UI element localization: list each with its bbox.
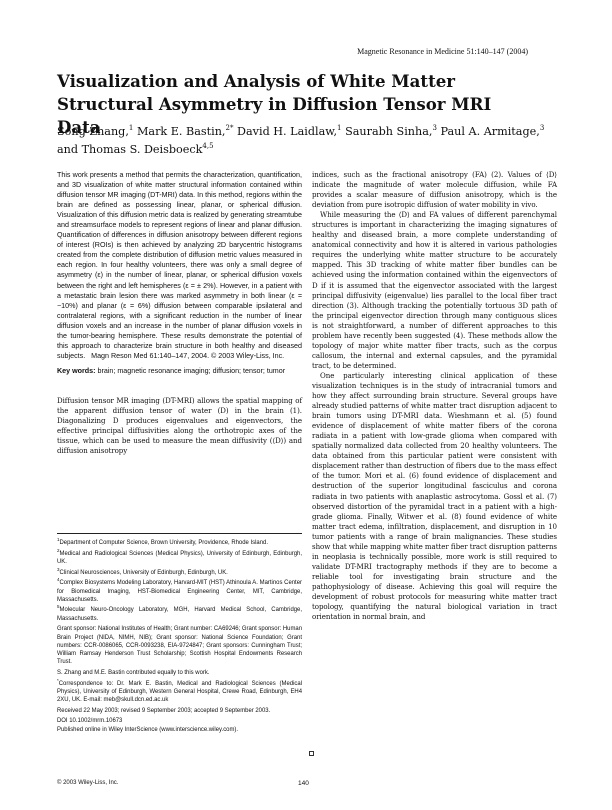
abstract-copyright: © 2003 Wiley-Liss, Inc. — [211, 352, 284, 360]
author-list: Song Zhang,1 Mark E. Bastin,2* David H. … — [57, 123, 557, 159]
footnote-affiliation: 3Clinical Neurosciences, University of E… — [57, 569, 302, 577]
footnote-dates: Received 22 May 2003; revised 9 Septembe… — [57, 707, 302, 715]
abstract-citation: Magn Reson Med 61:140–147, 2004. — [91, 352, 209, 360]
footnote-affiliation: 2Medical and Radiological Sciences (Medi… — [57, 550, 302, 566]
body-paragraph: Diffusion tensor MR imaging (DT-MRI) all… — [57, 396, 302, 456]
footnotes: 1Department of Computer Science, Brown U… — [57, 533, 302, 736]
author: Saurabh Sinha,3 — [345, 125, 437, 138]
running-head: Magnetic Resonance in Medicine 51:140–14… — [357, 47, 528, 56]
end-of-page-mark — [309, 751, 314, 756]
footnote-grants: Grant sponsor: National Institutes of He… — [57, 625, 302, 666]
footnote-correspondence: *Correspondence to: Dr. Mark E. Bastin, … — [57, 680, 302, 705]
footnote-doi: DOI 10.1002/mrm.10673 — [57, 717, 302, 725]
author: and Thomas S. Deisboeck4,5 — [57, 143, 214, 156]
author: David H. Laidlaw,1 — [237, 125, 341, 138]
abstract: This work presents a method that permits… — [57, 170, 302, 361]
body-paragraph: While measuring the ⟨D⟩ and FA values of… — [312, 210, 557, 371]
footnote-equal-contribution: S. Zhang and M.E. Bastin contributed equ… — [57, 669, 302, 677]
page-number: 140 — [298, 780, 309, 787]
left-column: This work presents a method that permits… — [57, 170, 302, 456]
journal-page: Magnetic Resonance in Medicine 51:140–14… — [0, 0, 612, 810]
footnote-published-online: Published online in Wiley InterScience (… — [57, 726, 302, 734]
author: Song Zhang,1 — [57, 125, 133, 138]
abstract-text: This work presents a method that permits… — [57, 171, 302, 360]
author: Paul A. Armitage,3 — [440, 125, 544, 138]
body-paragraph: indices, such as the fractional anisotro… — [312, 170, 557, 210]
footnote-affiliation: 1Department of Computer Science, Brown U… — [57, 539, 302, 547]
right-column: indices, such as the fractional anisotro… — [312, 170, 557, 622]
keywords: Key words: brain; magnetic resonance ima… — [57, 366, 302, 376]
keywords-label: Key words: — [57, 367, 96, 375]
footnote-affiliation: 4Complex Biosystems Modeling Laboratory,… — [57, 579, 302, 604]
author: Mark E. Bastin,2* — [137, 125, 234, 138]
keywords-list: brain; magnetic resonance imaging; diffu… — [97, 367, 285, 375]
body-paragraph: One particularly interesting clinical ap… — [312, 371, 557, 622]
footer-copyright: © 2003 Wiley-Liss, Inc. — [57, 780, 118, 786]
footnote-affiliation: 5Molecular Neuro-Oncology Laboratory, MG… — [57, 606, 302, 622]
